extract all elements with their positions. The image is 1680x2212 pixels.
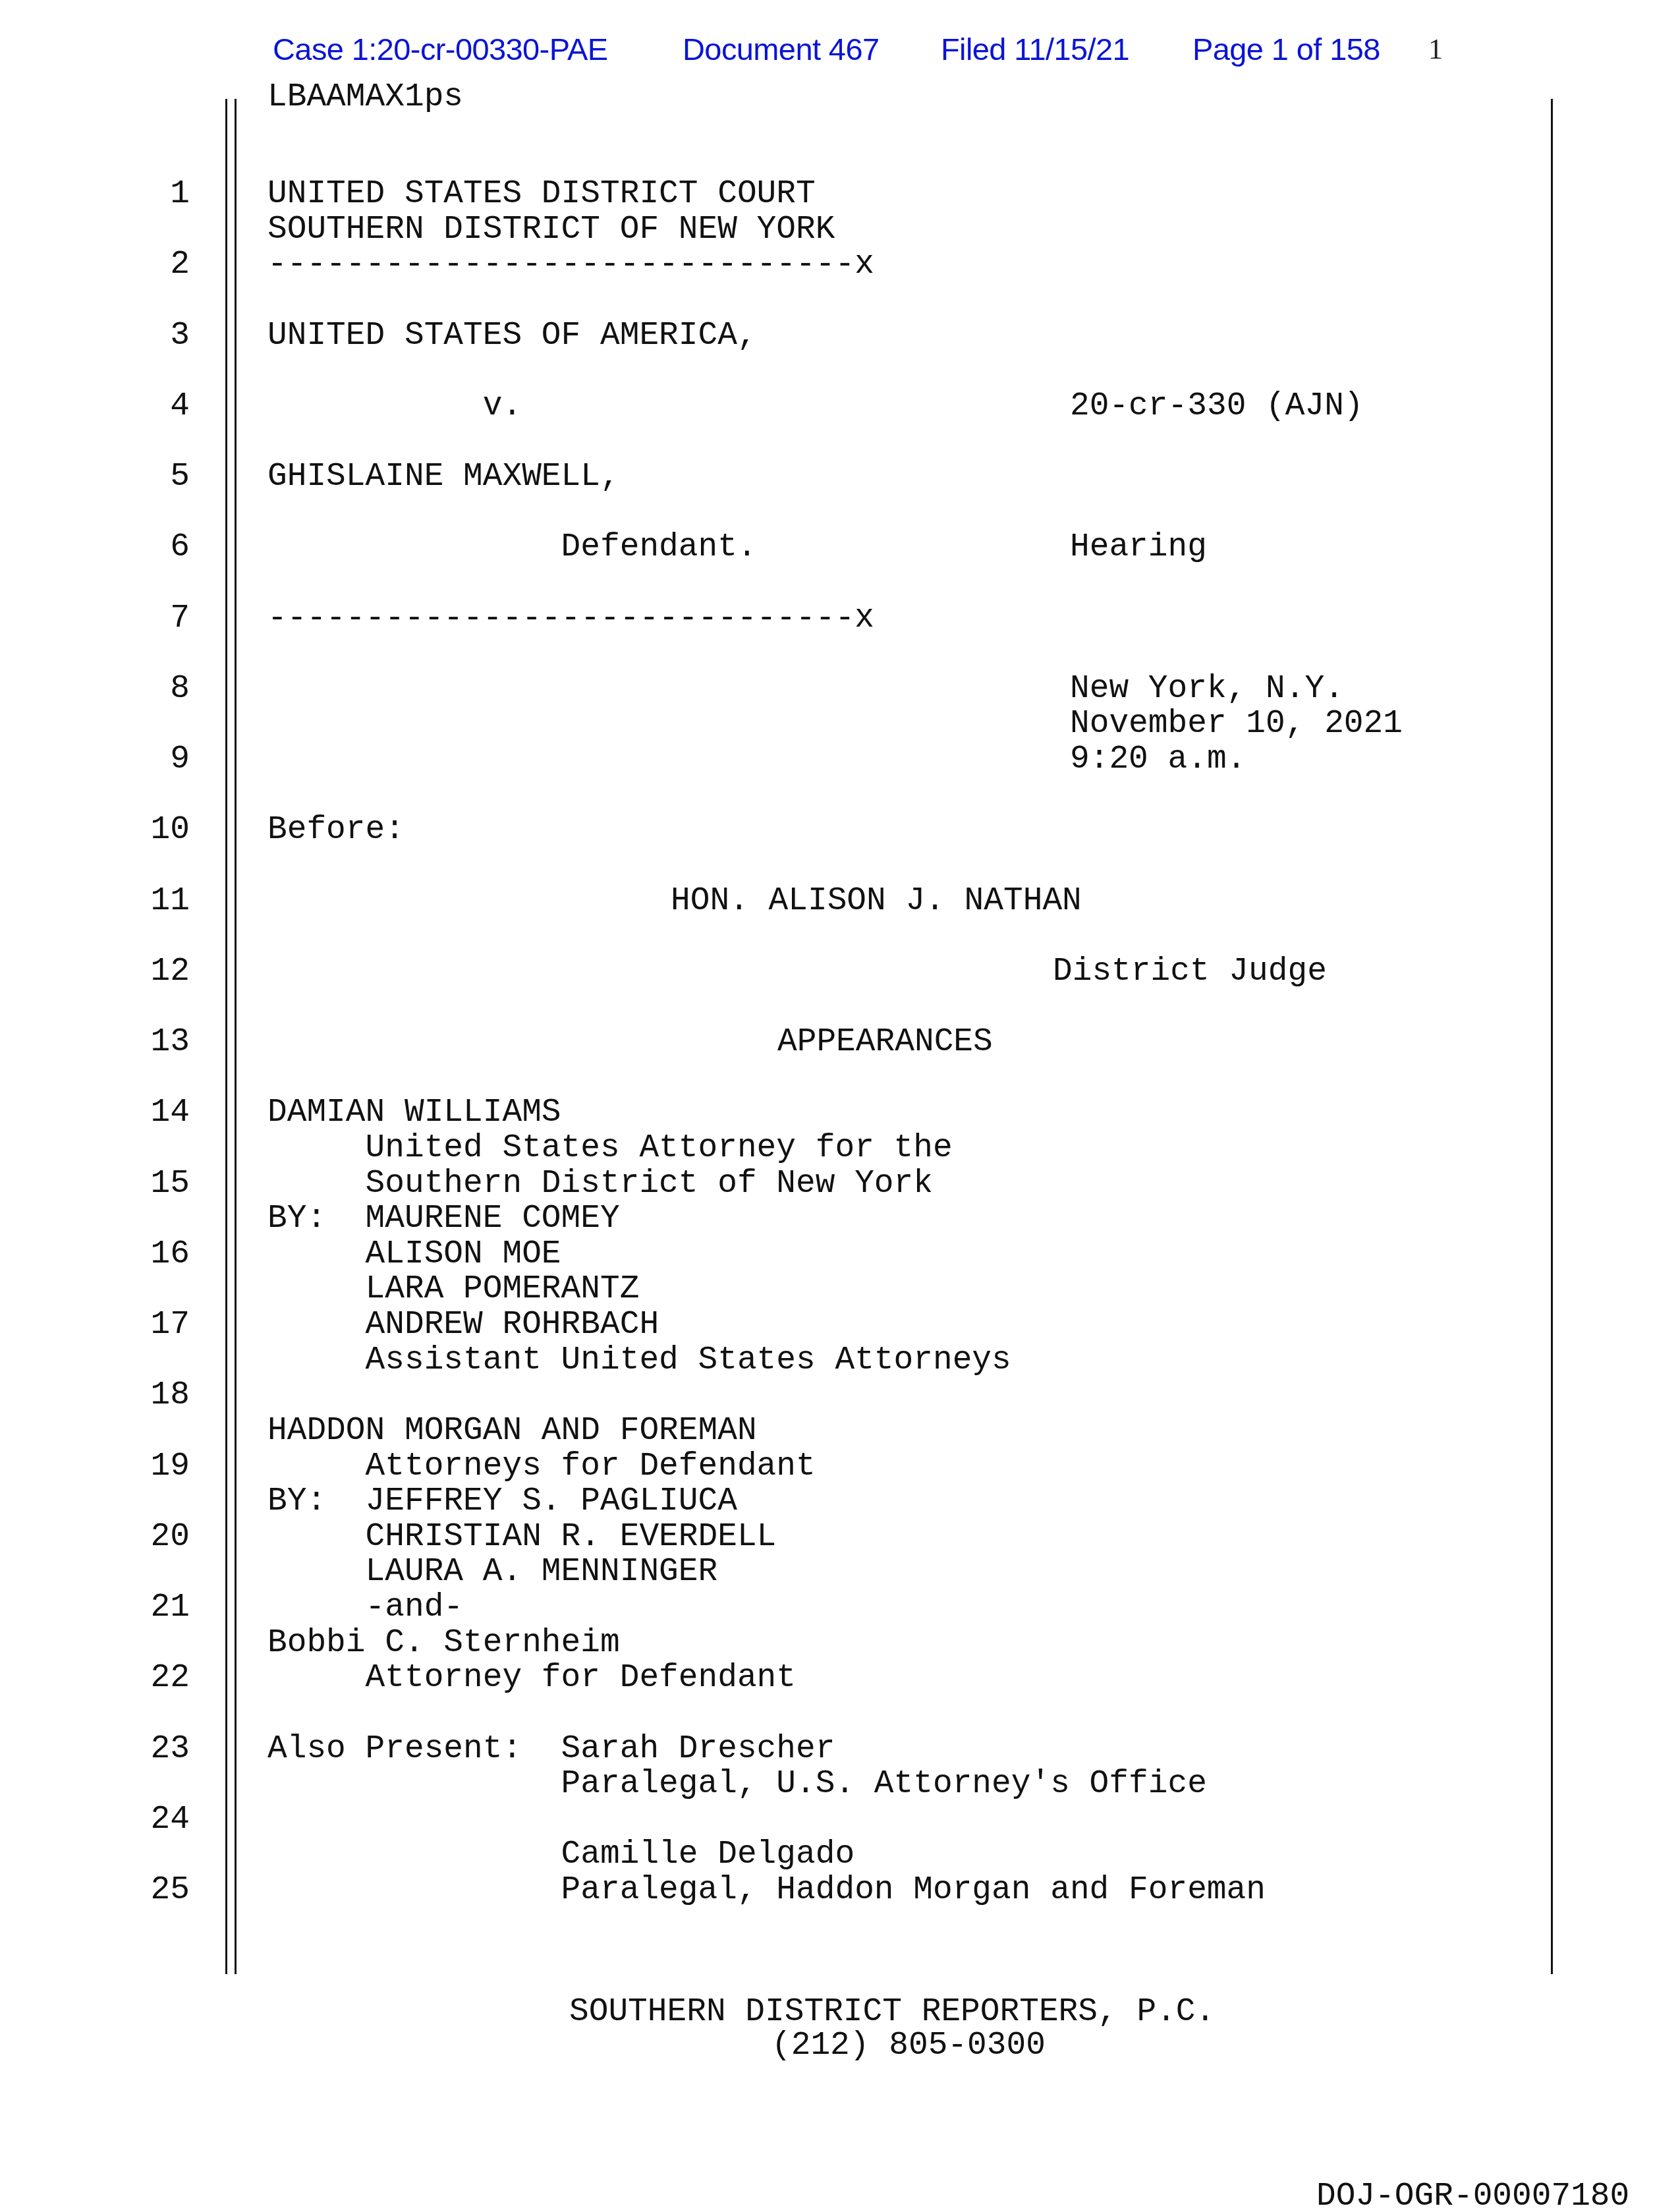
plaintiff-name: UNITED STATES OF AMERICA, — [267, 318, 757, 354]
and-separator: -and- — [267, 1590, 463, 1626]
also-present-name: Also Present: Sarah Drescher — [267, 1732, 835, 1767]
us-attorney-title: United States Attorney for the — [267, 1131, 953, 1166]
defense-firm-role: Attorneys for Defendant — [267, 1449, 816, 1485]
line-number: 2 — [119, 247, 190, 283]
right-margin-rule — [1551, 99, 1553, 1974]
also-present-role: Paralegal, U.S. Attorney's Office — [267, 1767, 1207, 1802]
document-number-header: Document 467 — [683, 26, 879, 72]
line-number: 20 — [119, 1519, 190, 1555]
line-number: 5 — [119, 459, 190, 495]
line-number: 11 — [119, 884, 190, 919]
district-name: SOUTHERN DISTRICT OF NEW YORK — [267, 212, 835, 248]
proceeding-type: Hearing — [1070, 530, 1207, 565]
left-margin-rule-inner — [235, 99, 237, 1974]
prosecutor-name: ANDREW ROHRBACH — [267, 1307, 659, 1343]
line-number: 17 — [119, 1307, 190, 1343]
transcript-id: LBAAMAX1ps — [267, 80, 463, 115]
line-number: 21 — [119, 1590, 190, 1626]
page-number: 1 — [1428, 26, 1443, 72]
line-number: 9 — [119, 742, 190, 778]
line-number: 13 — [119, 1025, 190, 1060]
defense-attorney-name: LAURA A. MENNINGER — [267, 1554, 717, 1590]
line-number: 8 — [119, 671, 190, 707]
docket-number: 20-cr-330 (AJN) — [1070, 389, 1364, 424]
also-present-role: Paralegal, Haddon Morgan and Foreman — [267, 1873, 1266, 1908]
defense-attorney-name: BY: JEFFREY S. PAGLIUCA — [267, 1484, 737, 1519]
line-number: 22 — [119, 1660, 190, 1696]
case-number-header: Case 1:20-cr-00330-PAE — [273, 26, 607, 72]
transcript-page: Case 1:20-cr-00330-PAE Document 467 File… — [0, 0, 1680, 2212]
defense-attorney-name: CHRISTIAN R. EVERDELL — [267, 1519, 776, 1555]
before-label: Before: — [267, 812, 405, 848]
line-number: 23 — [119, 1732, 190, 1767]
reporter-name: SOUTHERN DISTRICT REPORTERS, P.C. — [569, 1995, 1215, 2030]
judge-title: District Judge — [1053, 954, 1327, 990]
line-number: 24 — [119, 1802, 190, 1838]
us-attorney-name: DAMIAN WILLIAMS — [267, 1095, 561, 1131]
caption-divider: ------------------------------x — [267, 601, 874, 637]
hearing-time: 9:20 a.m. — [1070, 742, 1246, 778]
caption-divider: ------------------------------x — [267, 247, 874, 283]
prosecutor-name: LARA POMERANTZ — [267, 1272, 639, 1307]
judge-name: HON. ALISON J. NATHAN — [671, 884, 1082, 919]
hearing-date: November 10, 2021 — [1070, 706, 1403, 742]
bates-stamp: DOJ-OGR-00007180 — [1316, 2179, 1629, 2212]
also-present-name: Camille Delgado — [267, 1837, 854, 1873]
prosecutor-name: ALISON MOE — [267, 1237, 561, 1272]
defendant-name: GHISLAINE MAXWELL, — [267, 459, 620, 495]
line-number: 25 — [119, 1873, 190, 1908]
defense-attorney-role: Attorney for Defendant — [267, 1660, 796, 1696]
defense-attorney-name: Bobbi C. Sternheim — [267, 1626, 620, 1661]
line-number: 4 — [119, 389, 190, 424]
line-number: 15 — [119, 1166, 190, 1202]
line-number: 19 — [119, 1449, 190, 1485]
line-number: 7 — [119, 601, 190, 637]
hearing-location: New York, N.Y. — [1070, 671, 1344, 707]
prosecutor-name: BY: MAURENE COMEY — [267, 1201, 620, 1237]
defendant-label: Defendant. — [267, 530, 757, 565]
line-number: 12 — [119, 954, 190, 990]
filed-date-header: Filed 11/15/21 — [941, 26, 1129, 72]
page-count-header: Page 1 of 158 — [1192, 26, 1380, 72]
appearances-heading: APPEARANCES — [777, 1025, 993, 1060]
line-number: 18 — [119, 1378, 190, 1413]
line-number: 16 — [119, 1237, 190, 1272]
us-attorney-district: Southern District of New York — [267, 1166, 933, 1202]
left-margin-rule-outer — [225, 99, 227, 1974]
line-number: 10 — [119, 812, 190, 848]
prosecutor-title: Assistant United States Attorneys — [267, 1343, 1011, 1378]
line-number: 14 — [119, 1095, 190, 1131]
defense-firm-name: HADDON MORGAN AND FOREMAN — [267, 1413, 757, 1449]
court-name: UNITED STATES DISTRICT COURT — [267, 177, 816, 212]
line-number: 6 — [119, 530, 190, 565]
line-number: 3 — [119, 318, 190, 354]
line-number: 1 — [119, 177, 190, 212]
reporter-phone: (212) 805-0300 — [771, 2028, 1046, 2064]
versus-label: v. — [267, 389, 522, 424]
